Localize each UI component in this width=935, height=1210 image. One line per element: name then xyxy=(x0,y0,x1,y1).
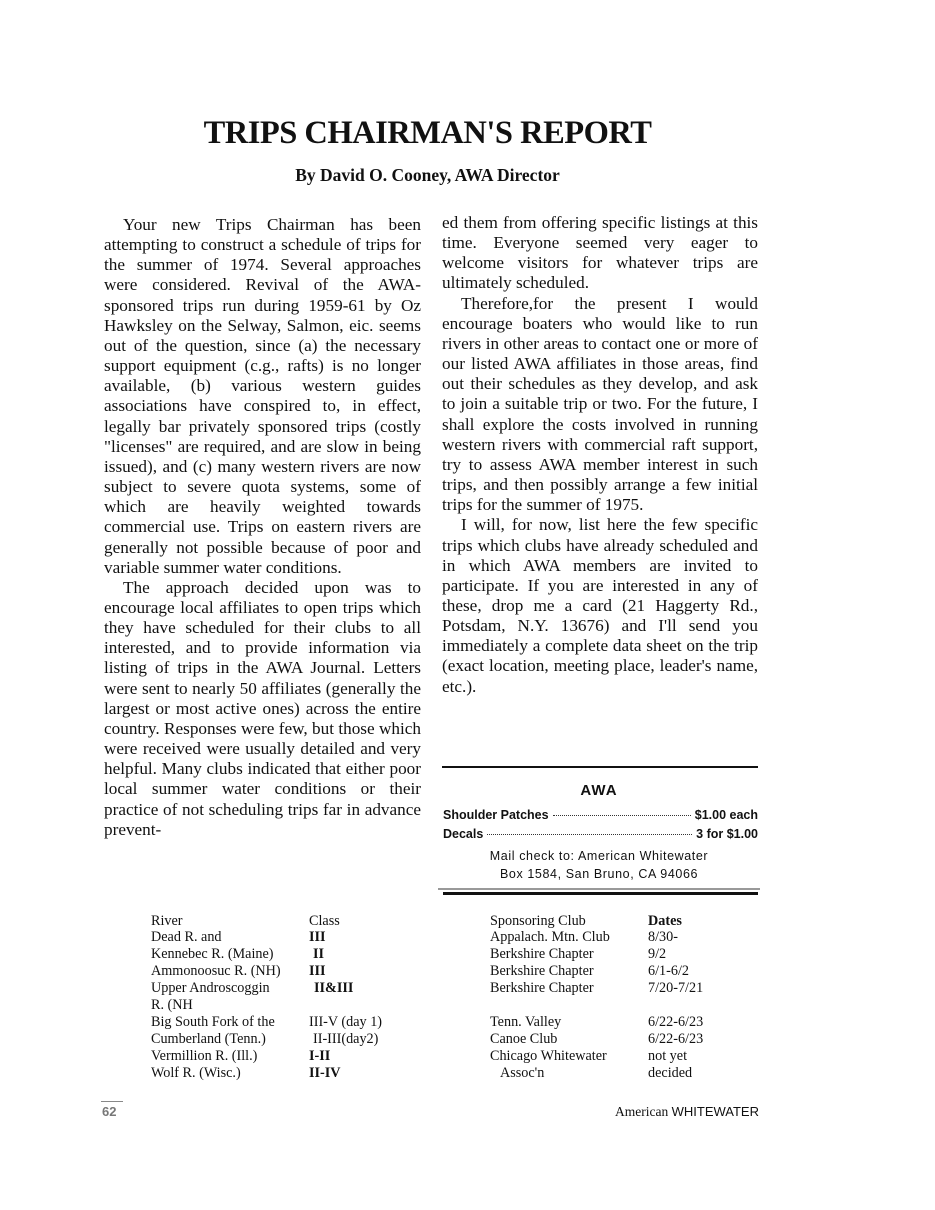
table-cell-club: Appalach. Mtn. Club xyxy=(490,929,610,946)
table-cell-club: Assoc'n xyxy=(500,1065,544,1082)
paragraph: The approach decided upon was to encoura… xyxy=(104,578,421,840)
paragraph: Your new Trips Chairman has been attempt… xyxy=(104,215,421,578)
ad-mail-line: Mail check to: American Whitewater xyxy=(438,849,760,863)
paragraph: ed them from offering specific listings … xyxy=(442,213,758,294)
table-cell-dates: not yet xyxy=(648,1048,687,1065)
paragraph: Therefore,for the present I would encour… xyxy=(442,294,758,516)
article-byline: By David O. Cooney, AWA Director xyxy=(0,165,855,186)
ad-item-decals: Decals 3 for $1.00 xyxy=(443,827,758,841)
table-cell-dates: 8/30- xyxy=(648,929,678,946)
publication-prefix: American xyxy=(615,1104,668,1119)
table-cell-class: III xyxy=(309,929,326,946)
table-cell-river: R. (NH xyxy=(151,997,193,1014)
table-cell-river: Cumberland (Tenn.) xyxy=(151,1031,266,1048)
ad-item-price: $1.00 each xyxy=(695,808,758,822)
table-cell-river: Wolf R. (Wisc.) xyxy=(151,1065,241,1082)
ad-address-line: Box 1584, San Bruno, CA 94066 xyxy=(438,867,760,881)
article-column-left: Your new Trips Chairman has been attempt… xyxy=(104,215,421,840)
table-cell-class: III xyxy=(309,963,326,980)
ad-item-price: 3 for $1.00 xyxy=(696,827,758,841)
divider xyxy=(442,766,758,768)
table-cell-dates: 7/20-7/21 xyxy=(648,980,703,997)
table-cell-river: Dead R. and xyxy=(151,929,222,946)
table-header-class: Class xyxy=(309,913,340,930)
table-cell-river: Vermillion R. (Ill.) xyxy=(151,1048,257,1065)
table-header-river: River xyxy=(151,913,183,930)
ad-item-label: Decals xyxy=(443,827,483,841)
footer-rule xyxy=(101,1101,123,1102)
article-title: TRIPS CHAIRMAN'S REPORT xyxy=(0,115,855,152)
publication-footer: American WHITEWATER xyxy=(615,1104,759,1120)
table-cell-dates: decided xyxy=(648,1065,692,1082)
ad-item-shoulder-patches: Shoulder Patches $1.00 each xyxy=(443,808,758,822)
table-header-club: Sponsoring Club xyxy=(490,913,586,930)
awa-merchandise-ad: AWA Shoulder Patches $1.00 each Decals 3… xyxy=(438,765,760,893)
paragraph: I will, for now, list here the few speci… xyxy=(442,515,758,696)
divider xyxy=(438,888,760,890)
table-cell-club: Chicago Whitewater xyxy=(490,1048,607,1065)
ad-item-label: Shoulder Patches xyxy=(443,808,549,822)
divider xyxy=(443,892,758,895)
dot-leader xyxy=(487,834,692,835)
table-cell-club: Berkshire Chapter xyxy=(490,946,594,963)
table-cell-class: III-V (day 1) xyxy=(309,1014,382,1031)
table-cell-class: I-II xyxy=(309,1048,330,1065)
dot-leader xyxy=(553,815,691,816)
table-cell-river: Kennebec R. (Maine) xyxy=(151,946,274,963)
table-cell-club: Canoe Club xyxy=(490,1031,557,1048)
table-cell-class: II xyxy=(313,946,324,963)
table-cell-club: Berkshire Chapter xyxy=(490,963,594,980)
table-cell-dates: 6/22-6/23 xyxy=(648,1031,703,1048)
table-cell-dates: 6/1-6/2 xyxy=(648,963,689,980)
table-cell-dates: 6/22-6/23 xyxy=(648,1014,703,1031)
page-number: 62 xyxy=(102,1104,116,1119)
article-column-right: ed them from offering specific listings … xyxy=(442,213,758,697)
table-cell-club: Tenn. Valley xyxy=(490,1014,561,1031)
publication-brand: WHITEWATER xyxy=(672,1104,759,1119)
table-cell-river: Upper Androscoggin xyxy=(151,980,270,997)
table-cell-class: II-III(day2) xyxy=(313,1031,378,1048)
table-cell-club: Berkshire Chapter xyxy=(490,980,594,997)
table-cell-class: II-IV xyxy=(309,1065,341,1082)
ad-title: AWA xyxy=(438,782,760,799)
table-cell-dates: 9/2 xyxy=(648,946,666,963)
table-cell-river: Big South Fork of the xyxy=(151,1014,275,1031)
table-cell-class: II&III xyxy=(314,980,353,997)
table-cell-river: Ammonoosuc R. (NH) xyxy=(151,963,281,980)
table-header-dates: Dates xyxy=(648,913,682,930)
